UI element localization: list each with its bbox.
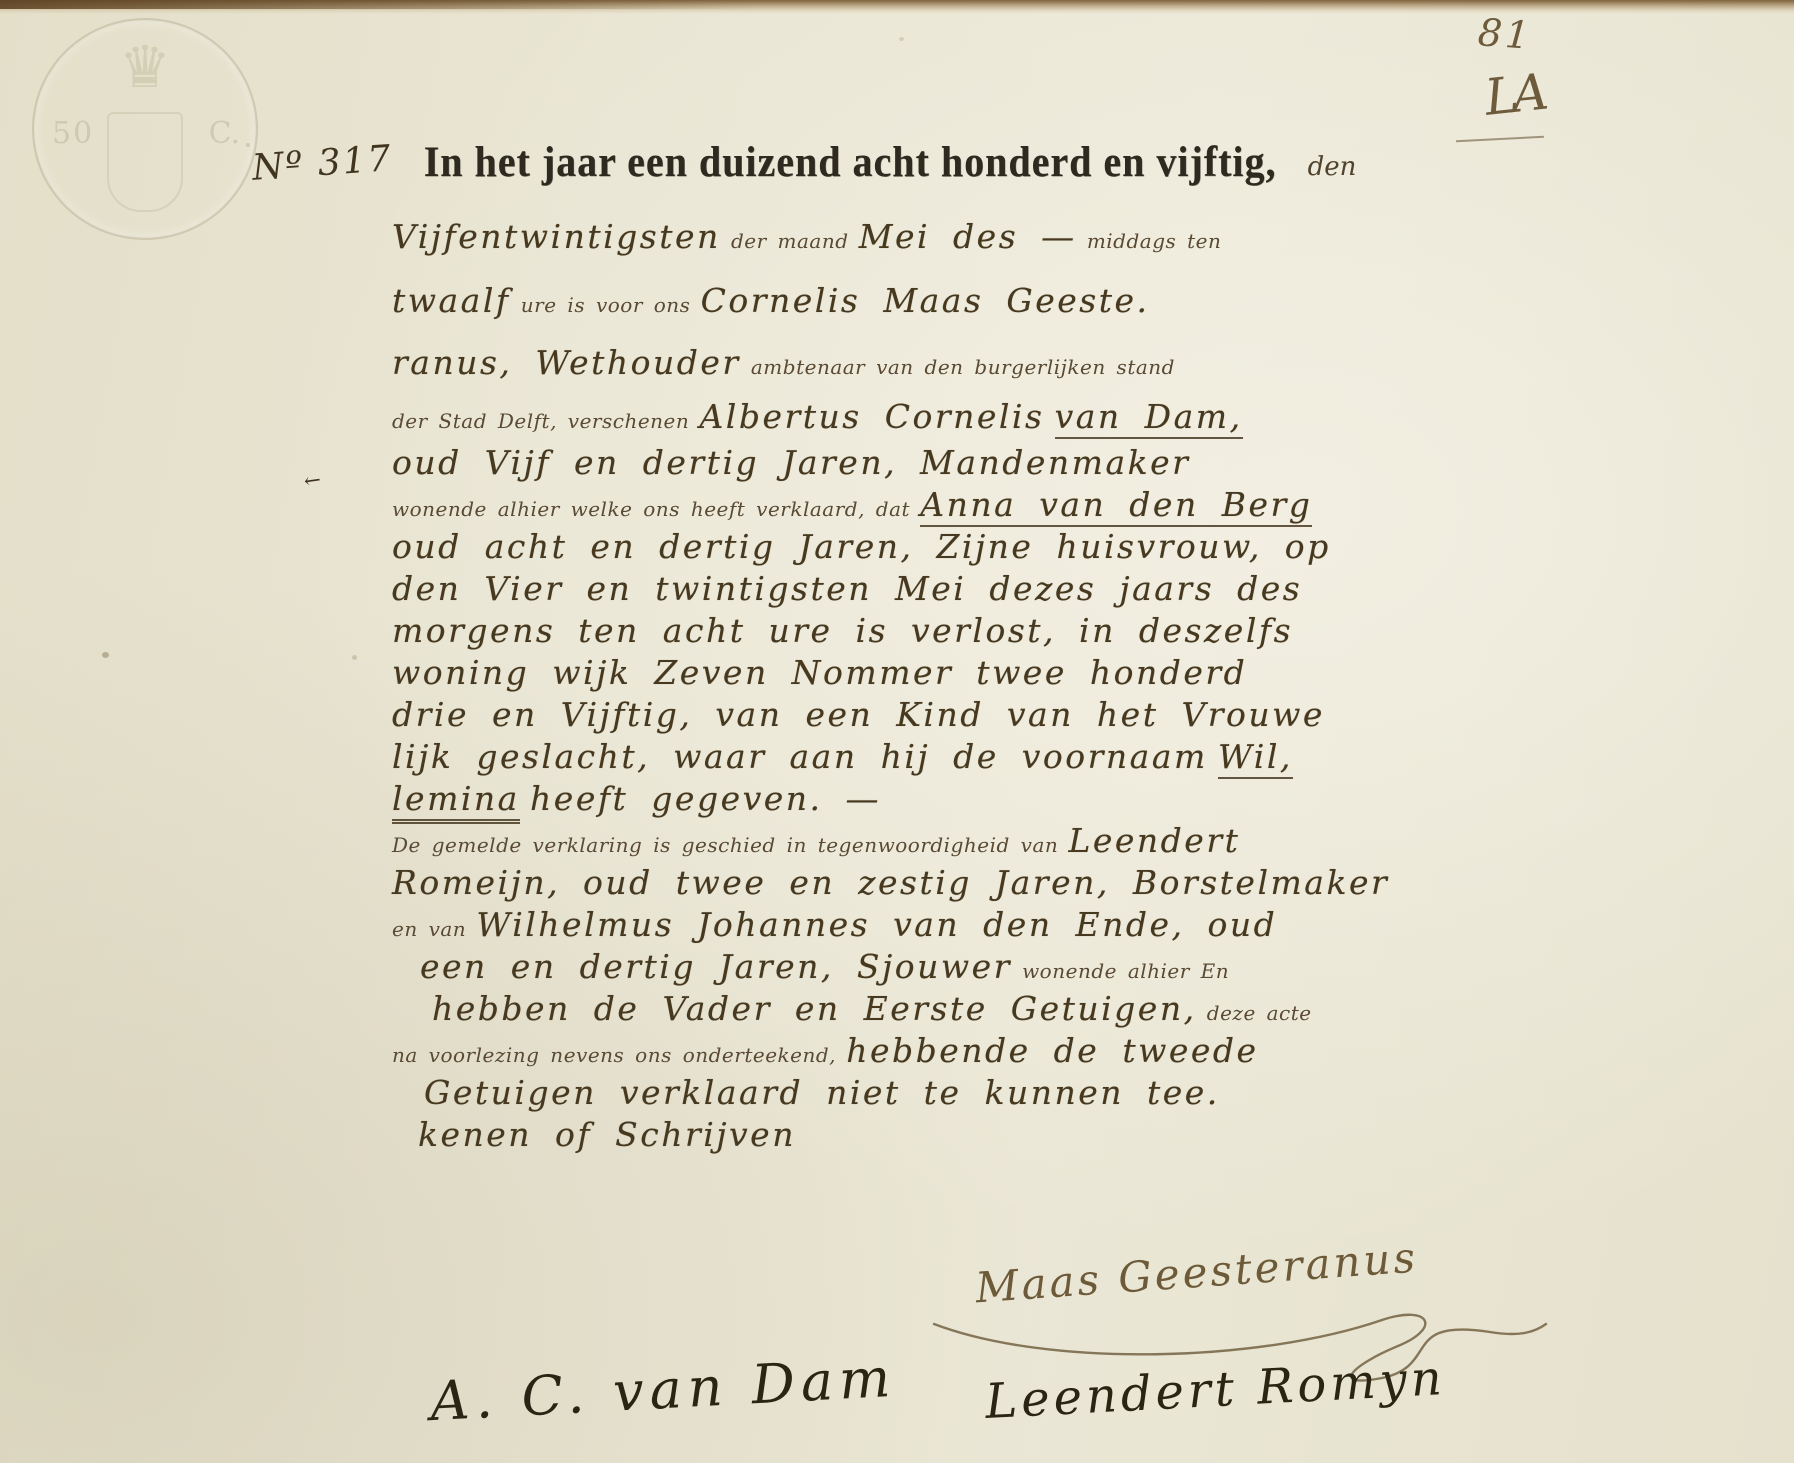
- text-segment: woning wijk Zeven Nommer twee honderd: [392, 653, 1247, 692]
- text-segment: Albertus Cornelis: [699, 397, 1044, 436]
- manuscript-line: lemina heeft gegeven. —: [392, 778, 1620, 820]
- seal-denomination-left: 50: [52, 116, 94, 151]
- text-segment: Getuigen verklaard niet te kunnen tee.: [424, 1073, 1220, 1112]
- manuscript-line: woning wijk Zeven Nommer twee honderd: [392, 652, 1620, 694]
- manuscript-line: Vijfentwintigsten der maand Mei des — mi…: [392, 216, 1620, 258]
- page-top-edge-shadow: [0, 0, 753, 9]
- text-segment: wonende alhier En: [1022, 959, 1229, 983]
- text-segment: morgens ten acht ure is verlost, in desz…: [392, 611, 1293, 650]
- manuscript-line: ranus, Wethouder ambtenaar van den burge…: [392, 342, 1620, 384]
- text-segment: ure is voor ons: [521, 293, 691, 317]
- document-page: ♛ 50 C. 81 LA Nº 317 In het jaar een dui…: [0, 0, 1794, 1463]
- year-line-suffix: den: [1308, 152, 1357, 182]
- body-lines: Vijfentwintigsten der maand Mei des — mi…: [0, 216, 1620, 1156]
- seal-denomination-right: C.: [209, 116, 240, 151]
- manuscript-line: den Vier en twintigsten Mei dezes jaars …: [392, 568, 1620, 610]
- text-segment: Vijfentwintigsten: [392, 217, 721, 256]
- text-segment: heeft gegeven. —: [530, 779, 881, 818]
- text-segment: den Vier en twintigsten Mei dezes jaars …: [392, 569, 1302, 608]
- letter-monogram: LA: [1482, 63, 1545, 127]
- text-segment: na voorlezing nevens ons onderteekend,: [392, 1043, 836, 1067]
- embossed-revenue-seal: ♛ 50 C.: [32, 18, 258, 240]
- paper-speck: [899, 37, 904, 41]
- paper-speck: [352, 655, 357, 660]
- printed-year-line: In het jaar een duizend acht honderd en …: [424, 136, 1277, 187]
- father-signature: A. C. van Dam: [429, 1346, 898, 1433]
- paper-speck: [246, 143, 250, 147]
- text-segment: middags ten: [1087, 229, 1222, 253]
- coat-of-arms-shield: [107, 112, 183, 212]
- text-segment: De gemelde verklaring is geschied in teg…: [392, 833, 1058, 857]
- text-segment: wonende alhier welke ons heeft verklaard…: [392, 497, 910, 521]
- manuscript-line: oud acht en dertig Jaren, Zijne huisvrou…: [392, 526, 1620, 568]
- text-segment: der Stad Delft, verschenen: [392, 409, 689, 433]
- text-segment: drie en Vijftig, van een Kind van het Vr…: [392, 695, 1325, 734]
- manuscript-line: oud Vijf en dertig Jaren, Mandenmaker: [392, 442, 1620, 484]
- manuscript-line: kenen of Schrijven: [418, 1114, 1620, 1156]
- text-segment: van Dam,: [1055, 397, 1243, 439]
- text-segment: deze acte: [1207, 1001, 1312, 1025]
- text-segment: Wilhelmus Johannes van den Ende, oud: [476, 905, 1277, 944]
- manuscript-line: Romeijn, oud twee en zestig Jaren, Borst…: [392, 862, 1620, 904]
- text-segment: ambtenaar van den burgerlijken stand: [751, 355, 1175, 379]
- manuscript-line: lijk geslacht, waar aan hij de voornaam …: [392, 736, 1620, 778]
- text-segment: oud acht en dertig Jaren, Zijne huisvrou…: [392, 527, 1331, 566]
- text-segment: en van: [392, 917, 466, 941]
- manuscript-line: en van Wilhelmus Johannes van den Ende, …: [392, 904, 1620, 946]
- text-segment: Cornelis Maas Geeste.: [701, 281, 1150, 320]
- manuscript-line: wonende alhier welke ons heeft verklaard…: [392, 484, 1620, 526]
- text-segment: een en dertig Jaren, Sjouwer: [420, 947, 1012, 986]
- text-segment: Leendert: [1068, 821, 1240, 860]
- text-segment: der maand: [731, 229, 849, 253]
- text-segment: hebbende de tweede: [846, 1031, 1258, 1070]
- manuscript-line: morgens ten acht ure is verlost, in desz…: [392, 610, 1620, 652]
- text-segment: lijk geslacht, waar aan hij de voornaam: [392, 737, 1208, 776]
- text-segment: hebben de Vader en Eerste Getuigen,: [432, 989, 1197, 1028]
- text-segment: kenen of Schrijven: [418, 1115, 796, 1154]
- text-segment: Wil,: [1218, 737, 1293, 779]
- manuscript-line: twaalf ure is voor ons Cornelis Maas Gee…: [392, 280, 1620, 322]
- manuscript-line: De gemelde verklaring is geschied in teg…: [392, 820, 1620, 862]
- monogram-underline: [1456, 136, 1544, 143]
- text-segment: Mei des —: [859, 217, 1077, 256]
- paper-speck: [102, 652, 109, 658]
- text-segment: Anna van den Berg: [920, 485, 1312, 527]
- manuscript-line: na voorlezing nevens ons onderteekend, h…: [392, 1030, 1620, 1072]
- manuscript-line: der Stad Delft, verschenen Albertus Corn…: [392, 396, 1620, 438]
- text-segment: ranus, Wethouder: [392, 343, 741, 382]
- text-segment: lemina: [392, 779, 520, 824]
- crown-icon: ♛: [119, 38, 171, 96]
- text-segment: oud Vijf en dertig Jaren, Mandenmaker: [392, 443, 1190, 482]
- manuscript-line: drie en Vijftig, van een Kind van het Vr…: [392, 694, 1620, 736]
- manuscript-line: een en dertig Jaren, Sjouwer wonende alh…: [420, 946, 1620, 988]
- text-segment: Romeijn, oud twee en zestig Jaren, Borst…: [392, 863, 1389, 902]
- manuscript-line: hebben de Vader en Eerste Getuigen, deze…: [432, 988, 1620, 1030]
- manuscript-line: Getuigen verklaard niet te kunnen tee.: [424, 1072, 1620, 1114]
- text-segment: twaalf: [392, 281, 511, 320]
- act-number: Nº 317: [251, 138, 394, 189]
- act-header-line: Nº 317 In het jaar een duizend acht hond…: [252, 138, 1356, 185]
- folio-number: 81: [1476, 10, 1533, 58]
